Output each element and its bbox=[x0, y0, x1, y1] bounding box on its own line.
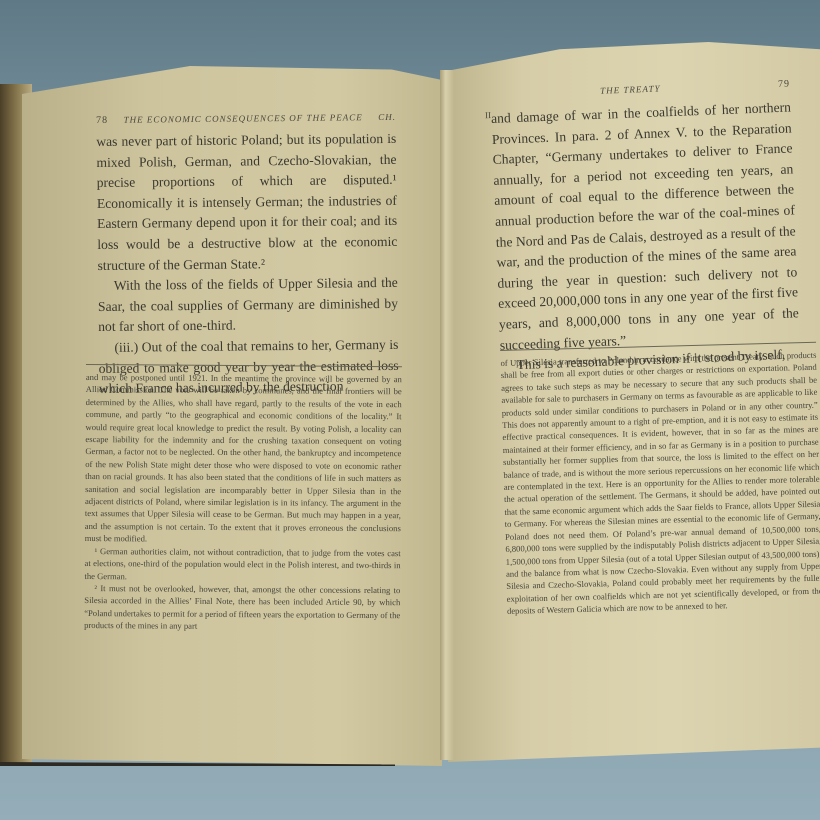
footnote-continuation: and may be postponed until 1921. In the … bbox=[85, 371, 402, 547]
left-footnotes: and may be postponed until 1921. In the … bbox=[84, 358, 402, 634]
left-running-title: THE ECONOMIC CONSEQUENCES OF THE PEACE bbox=[123, 112, 362, 125]
left-page-content: 78 THE ECONOMIC CONSEQUENCES OF THE PEAC… bbox=[96, 112, 399, 400]
left-chapter-mark: CH. bbox=[378, 112, 396, 122]
open-book: 78 THE ECONOMIC CONSEQUENCES OF THE PEAC… bbox=[0, 0, 820, 820]
left-running-head: 78 THE ECONOMIC CONSEQUENCES OF THE PEAC… bbox=[96, 112, 396, 126]
right-page-number: 79 bbox=[778, 78, 790, 89]
right-body-text: and damage of war in the coalfields of h… bbox=[491, 97, 801, 376]
footnote-rule bbox=[86, 364, 402, 367]
paragraph: With the loss of the fields of Upper Sil… bbox=[98, 273, 399, 338]
right-running-title: THE TREATY bbox=[600, 83, 661, 95]
right-page-content: THE TREATY 79 II and damage of war in th… bbox=[490, 78, 801, 376]
paragraph: and damage of war in the coalfields of h… bbox=[491, 97, 800, 355]
footnote-1: ¹ German authorities claim, not without … bbox=[84, 545, 400, 584]
book-gutter bbox=[440, 70, 454, 760]
paragraph: was never part of historic Poland; but i… bbox=[96, 129, 397, 276]
right-footnotes: of Upper Silesia transferred to Poland i… bbox=[500, 336, 820, 618]
margin-mark: II bbox=[485, 110, 491, 120]
footnote-2: ² It must not be overlooked, however, th… bbox=[84, 582, 400, 634]
left-page-number: 78 bbox=[96, 115, 108, 126]
footnote-continuation: of Upper Silesia transferred to Poland i… bbox=[500, 349, 820, 618]
